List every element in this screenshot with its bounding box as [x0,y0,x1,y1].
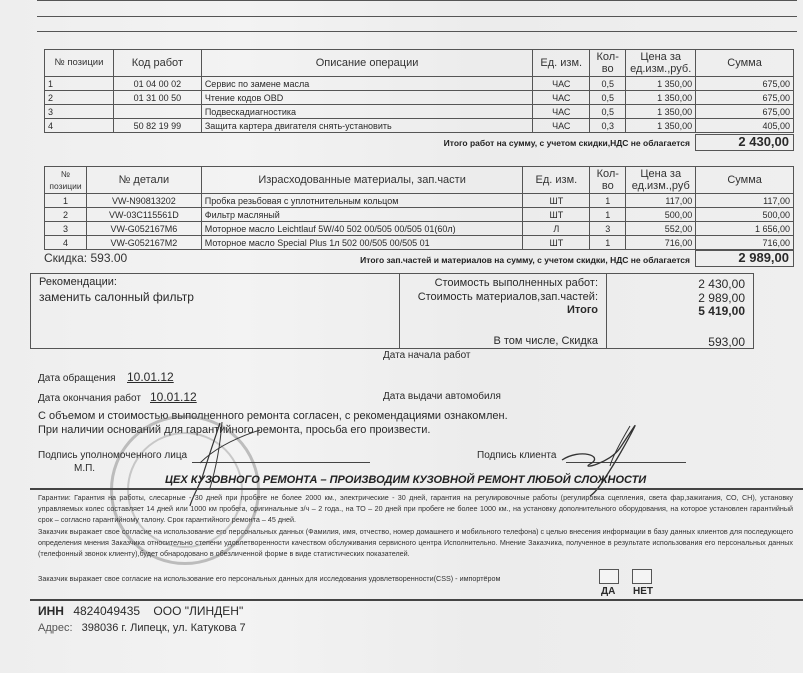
col-position: № позиции [45,50,114,77]
cell-qty: 1 [590,194,626,208]
table-row: 1 01 04 00 02 Сервис по замене масла ЧАС… [45,77,794,91]
parts-table: № позиции № детали Израсходованные матер… [44,166,794,250]
top-line-1 [37,0,797,1]
cell-qty: 0,5 [590,77,626,91]
request-date-value: 10.01.12 [127,370,174,384]
work-order-document: № позиции Код работ Описание операции Ед… [0,0,803,673]
recommendations-title: Рекомендации: [39,276,117,288]
cell-position: 1 [45,77,114,91]
discount-note: Скидка: 593.00 [44,251,127,265]
table-row: 3 VW-G052167M6 Моторное масло Leichtlauf… [45,222,794,236]
company-inn: ИНН 4824049435 ООО "ЛИНДЕН" [38,604,243,618]
cell-part-no: VW-G052167M2 [86,236,201,250]
col-sum: Сумма [696,167,794,194]
cell-position: 4 [45,119,114,133]
table-row: 3 Подвескадиагностика ЧАС 0,5 1 350,00 6… [45,105,794,119]
consent-yes-checkbox[interactable] [599,569,619,584]
cell-price: 1 350,00 [626,105,696,119]
start-date-label: Дата начала работ [383,350,471,361]
banner-part-2: ПРОИЗВОДИМ КУЗОВНОЙ РЕМОНТ ЛЮБОЙ СЛОЖНОС… [330,474,647,486]
col-code: Код работ [113,50,201,77]
cell-sum: 675,00 [696,77,794,91]
col-unit: Ед. изм. [533,50,590,77]
cell-description: Пробка резьбовая с уплотнительным кольцо… [201,194,523,208]
cell-position: 1 [45,194,87,208]
cell-unit: ЧАС [533,119,590,133]
cell-description: Сервис по замене масла [201,77,532,91]
address-label: Адрес: [38,622,73,634]
cell-part-no: VW-N90813202 [86,194,201,208]
consent-no-label: НЕТ [633,586,653,597]
parts-total-value: 2 989,00 [695,250,794,267]
cell-qty: 0,5 [590,91,626,105]
cell-unit: ШТ [523,194,590,208]
handwritten-signature-icon [560,418,650,498]
col-description: Описание операции [201,50,532,77]
cell-unit: ЧАС [533,91,590,105]
body-shop-banner: ЦЕХ КУЗОВНОГО РЕМОНТА – ПРОИЗВОДИМ КУЗОВ… [165,474,646,486]
cell-qty: 0,5 [590,105,626,119]
cell-code: 01 31 00 50 [113,91,201,105]
address-value: 398036 г. Липецк, ул. Катукова 7 [82,622,246,634]
works-table: № позиции Код работ Описание операции Ед… [44,49,794,133]
summary-parts-value: 2 989,00 [698,291,745,305]
col-part-no: № детали [86,167,201,194]
summary-works-label: Стоимость выполненных работ: [435,277,598,289]
cell-position: 2 [45,91,114,105]
inn-label: ИНН [38,604,64,618]
cell-price: 552,00 [626,222,696,236]
cell-part-no: VW-03C115561D [86,208,201,222]
request-date-label: Дата обращения [38,373,116,384]
cell-price: 1 350,00 [626,91,696,105]
col-position: № позиции [45,167,87,194]
end-date-value: 10.01.12 [150,390,197,404]
cell-unit: ЧАС [533,77,590,91]
cell-sum: 117,00 [696,194,794,208]
works-total-value: 2 430,00 [695,134,794,151]
top-line-2 [37,16,797,17]
summary-discount-value: 593,00 [708,335,745,349]
consent-no-checkbox[interactable] [632,569,652,584]
table-row: 2 VW-03C115561D Фильтр масляный ШТ 1 500… [45,208,794,222]
summary-total-value: 5 419,00 [698,304,745,318]
cell-description: Чтение кодов OBD [201,91,532,105]
col-description: Израсходованные материалы, зап.части [201,167,523,194]
col-unit: Ед. изм. [523,167,590,194]
stamp-label: М.П. [74,463,95,474]
cell-unit: Л [523,222,590,236]
summary-works-value: 2 430,00 [698,277,745,291]
summary-values-box: 2 430,00 2 989,00 5 419,00 593,00 [606,273,754,349]
summary-discount-label: В том числе, Скидка [493,335,598,347]
authorized-signature-label: Подпись уполномоченного лица [38,450,187,461]
cell-position: 3 [45,222,87,236]
col-price: Цена за ед.изм.,руб [626,167,696,194]
col-qty: Кол-во [590,50,626,77]
cell-part-no: VW-G052167M6 [86,222,201,236]
cell-description: Защита картера двигателя снять-установит… [201,119,532,133]
cell-position: 4 [45,236,87,250]
cell-sum: 675,00 [696,91,794,105]
works-header-row: № позиции Код работ Описание операции Ед… [45,50,794,77]
cell-code [113,105,201,119]
cell-description: Подвескадиагностика [201,105,532,119]
company-name: ООО "ЛИНДЕН" [153,604,243,618]
css-consent-text: Заказчик выражает свое согласие на испол… [38,574,500,583]
parts-header-row: № позиции № детали Израсходованные матер… [45,167,794,194]
col-sum: Сумма [696,50,794,77]
cell-unit: ШТ [523,236,590,250]
cell-sum: 716,00 [696,236,794,250]
cell-description: Фильтр масляный [201,208,523,222]
cell-qty: 3 [590,222,626,236]
personal-data-consent-text: Заказчик выражает свое согласие на испол… [38,526,793,559]
cell-price: 716,00 [626,236,696,250]
cell-sum: 405,00 [696,119,794,133]
parts-total-label: Итого зап.частей и материалов на сумму, … [250,255,690,265]
table-row: 4 50 82 19 99 Защита картера двигателя с… [45,119,794,133]
works-total-label: Итого работ на сумму, с учетом скидки,НД… [300,138,690,148]
inn-value: 4824049435 [73,604,140,618]
cell-code: 50 82 19 99 [113,119,201,133]
warranty-text: Гарантии: Гарантия на работы, слесарные … [38,492,793,525]
cell-qty: 0,3 [590,119,626,133]
cell-price: 117,00 [626,194,696,208]
cell-description: Моторное масло Leichtlauf 5W/40 502 00/5… [201,222,523,236]
cell-unit: ЧАС [533,105,590,119]
table-row: 2 01 31 00 50 Чтение кодов OBD ЧАС 0,5 1… [45,91,794,105]
table-row: 1 VW-N90813202 Пробка резьбовая с уплотн… [45,194,794,208]
consent-yes-label: ДА [601,586,615,597]
summary-parts-label: Стоимость материалов,зап.частей: [418,291,598,303]
cell-price: 500,00 [626,208,696,222]
cell-price: 1 350,00 [626,119,696,133]
cell-qty: 1 [590,236,626,250]
cell-description: Моторное масло Special Plus 1л 502 00/50… [201,236,523,250]
agreement-line-1: С объемом и стоимостью выполненного ремо… [38,410,508,422]
summary-labels-box: Стоимость выполненных работ: Стоимость м… [399,273,607,349]
cell-position: 3 [45,105,114,119]
col-qty: Кол-во [590,167,626,194]
top-line-3 [37,31,797,32]
client-signature-label: Подпись клиента [477,450,556,461]
summary-total-label: Итого [567,304,598,316]
company-address: Адрес: 398036 г. Липецк, ул. Катукова 7 [38,622,246,634]
cell-code: 01 04 00 02 [113,77,201,91]
banner-part-1: ЦЕХ КУЗОВНОГО РЕМОНТА – [165,474,330,486]
recommendations-text: заменить салонный фильтр [39,290,194,304]
col-price: Цена за ед.изм.,руб. [626,50,696,77]
cell-sum: 1 656,00 [696,222,794,236]
cell-position: 2 [45,208,87,222]
footer-rule [30,599,803,601]
recommendations-box: Рекомендации: заменить салонный фильтр [30,273,400,349]
cell-unit: ШТ [523,208,590,222]
table-row: 4 VW-G052167M2 Моторное масло Special Pl… [45,236,794,250]
cell-price: 1 350,00 [626,77,696,91]
banner-rule [30,488,803,490]
cell-sum: 675,00 [696,105,794,119]
cell-qty: 1 [590,208,626,222]
end-date-label: Дата окончания работ [38,393,141,404]
handover-date-label: Дата выдачи автомобиля [383,391,501,402]
cell-sum: 500,00 [696,208,794,222]
